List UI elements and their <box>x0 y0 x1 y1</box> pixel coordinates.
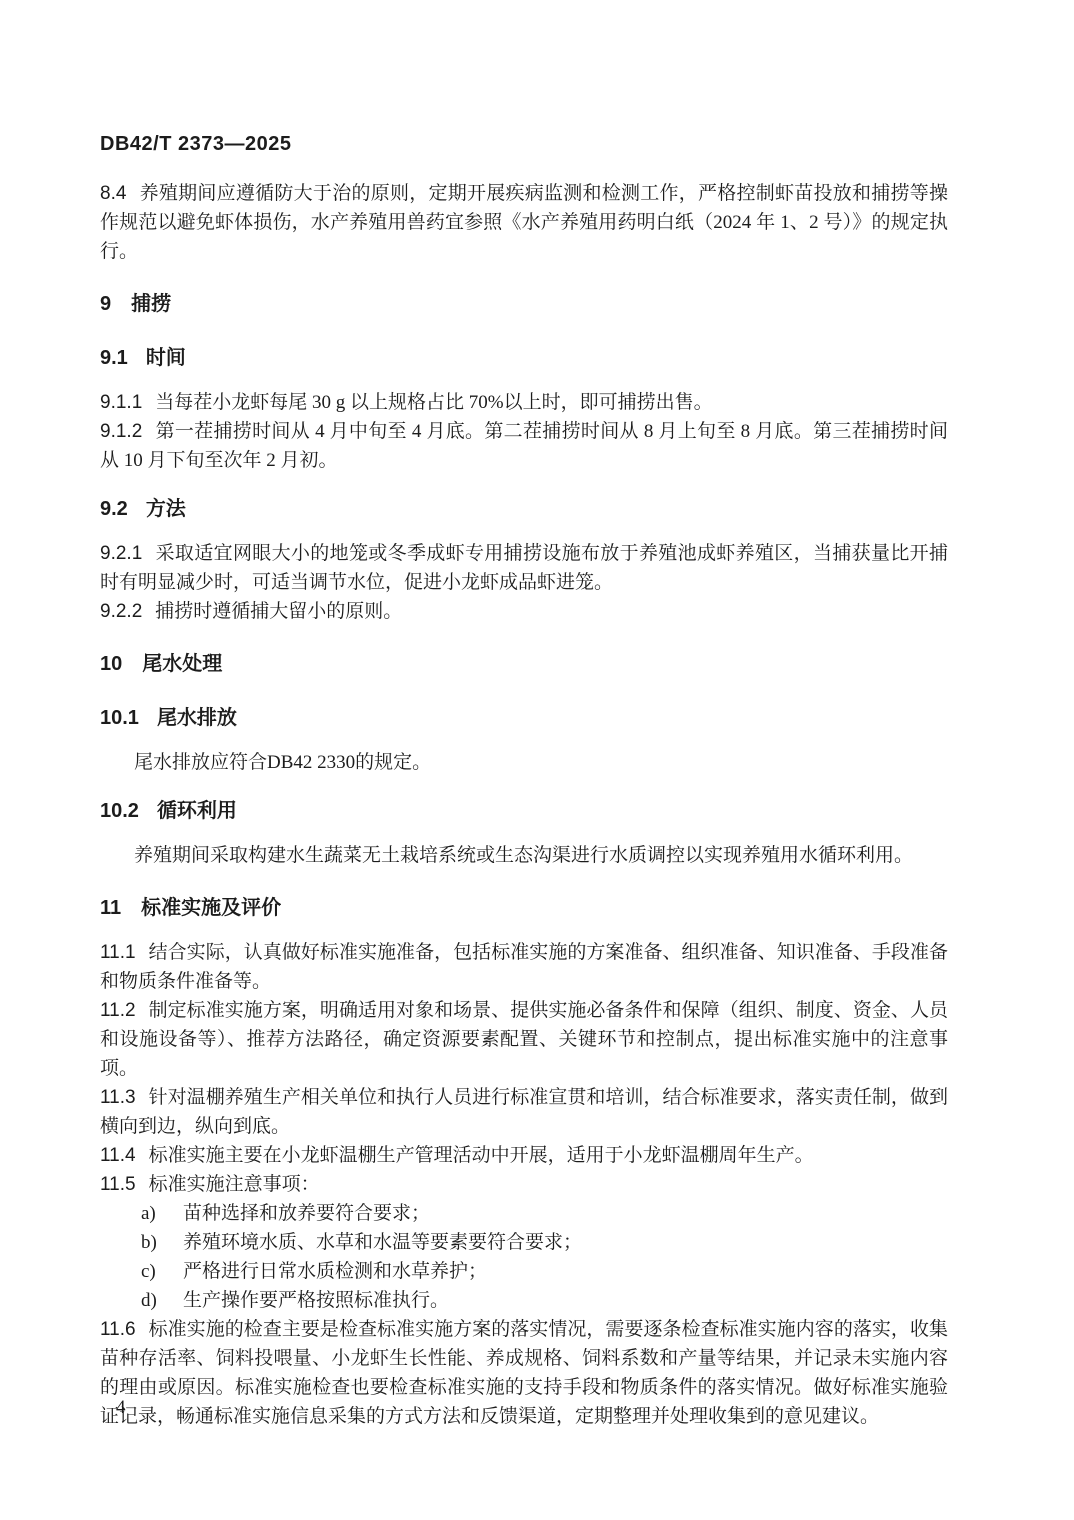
clause-text: 结合实际，认真做好标准实施准备，包括标准实施的方案准备、组织准备、知识准备、手段… <box>100 942 948 992</box>
heading-number: 10.1 <box>100 707 157 729</box>
body-para-10-1: 尾水排放应符合DB42 2330的规定。 <box>100 748 948 777</box>
heading-text: 标准实施及评价 <box>141 897 281 919</box>
list-marker: d) <box>141 1286 167 1315</box>
list-item-c: c)严格进行日常水质检测和水草养护； <box>100 1257 948 1286</box>
clause-para-8-4: 8.4养殖期间应遵循防大于治的原则，定期开展疾病监测和检测工作，严格控制虾苗投放… <box>100 179 948 266</box>
subclause-heading-9-1: 9.1时间 <box>100 346 948 370</box>
clause-number: 11.1 <box>100 942 149 963</box>
clause-text: 标准实施注意事项： <box>149 1174 320 1195</box>
body-para-10-2: 养殖期间采取构建水生蔬菜无土栽培系统或生态沟渠进行水质调控以实现养殖用水循环利用… <box>100 841 948 870</box>
chapter-heading-10: 10尾水处理 <box>100 652 948 676</box>
clause-number: 11.2 <box>100 1000 149 1021</box>
heading-text: 时间 <box>146 347 186 369</box>
clause-number: 8.4 <box>100 183 139 204</box>
heading-number: 11 <box>100 897 141 919</box>
clause-para-11-3: 11.3针对温棚养殖生产相关单位和执行人员进行标准宣贯和培训，结合标准要求，落实… <box>100 1083 948 1141</box>
heading-text: 尾水排放 <box>157 707 237 729</box>
chapter-heading-11: 11标准实施及评价 <box>100 896 948 920</box>
clause-para-11-5: 11.5标准实施注意事项： <box>100 1170 948 1199</box>
clause-text: 制定标准实施方案，明确适用对象和场景、提供实施必备条件和保障（组织、制度、资金、… <box>100 1000 948 1079</box>
heading-number: 9.2 <box>100 498 146 520</box>
page-number: 4 <box>116 1396 126 1420</box>
clause-para-11-4: 11.4标准实施主要在小龙虾温棚生产管理活动中开展，适用于小龙虾温棚周年生产。 <box>100 1141 948 1170</box>
clause-para-9-2-1: 9.2.1采取适宜网眼大小的地笼或冬季成虾专用捕捞设施布放于养殖池成虾养殖区，当… <box>100 539 948 597</box>
clause-text: 当每茬小龙虾每尾 30 g 以上规格占比 70%以上时，即可捕捞出售。 <box>155 392 712 413</box>
clause-number: 11.5 <box>100 1174 149 1195</box>
clause-number: 9.1.1 <box>100 392 155 413</box>
clause-number: 11.6 <box>100 1319 149 1340</box>
heading-number: 10 <box>100 653 142 675</box>
list-item-text: 生产操作要严格按照标准执行。 <box>183 1286 948 1315</box>
clause-para-9-1-2: 9.1.2第一茬捕捞时间从 4 月中旬至 4 月底。第二茬捕捞时间从 8 月上旬… <box>100 417 948 475</box>
clause-text: 养殖期间应遵循防大于治的原则，定期开展疾病监测和检测工作，严格控制虾苗投放和捕捞… <box>100 183 948 262</box>
clause-para-9-2-2: 9.2.2捕捞时遵循捕大留小的原则。 <box>100 597 948 626</box>
clause-text: 标准实施的检查主要是检查标准实施方案的落实情况，需要逐条检查标准实施内容的落实，… <box>100 1319 948 1427</box>
clause-text: 针对温棚养殖生产相关单位和执行人员进行标准宣贯和培训，结合标准要求，落实责任制，… <box>100 1087 948 1137</box>
list-marker: c) <box>141 1257 167 1286</box>
subclause-heading-10-1: 10.1尾水排放 <box>100 706 948 730</box>
heading-text: 尾水处理 <box>142 653 222 675</box>
clause-number: 11.4 <box>100 1145 149 1166</box>
heading-number: 10.2 <box>100 800 157 822</box>
heading-text: 捕捞 <box>131 293 171 315</box>
clause-para-11-6: 11.6标准实施的检查主要是检查标准实施方案的落实情况，需要逐条检查标准实施内容… <box>100 1315 948 1431</box>
document-page: DB42/T 2373—2025 8.4养殖期间应遵循防大于治的原则，定期开展疾… <box>0 0 1074 1520</box>
list-item-text: 苗种选择和放养要符合要求； <box>183 1199 948 1228</box>
list-item-text: 养殖环境水质、水草和水温等要素要符合要求； <box>183 1228 948 1257</box>
clause-number: 9.2.1 <box>100 543 155 564</box>
heading-number: 9.1 <box>100 347 146 369</box>
subclause-heading-9-2: 9.2方法 <box>100 497 948 521</box>
clause-number: 9.2.2 <box>100 601 155 622</box>
heading-text: 方法 <box>146 498 186 520</box>
chapter-heading-9: 9捕捞 <box>100 292 948 316</box>
heading-number: 9 <box>100 293 131 315</box>
clause-number: 11.3 <box>100 1087 149 1108</box>
list-marker: b) <box>141 1228 167 1257</box>
clause-number: 9.1.2 <box>100 421 155 442</box>
standard-number: DB42/T 2373—2025 <box>100 133 948 155</box>
list-item-d: d)生产操作要严格按照标准执行。 <box>100 1286 948 1315</box>
clause-text: 采取适宜网眼大小的地笼或冬季成虾专用捕捞设施布放于养殖池成虾养殖区，当捕获量比开… <box>100 543 948 593</box>
clause-text: 标准实施主要在小龙虾温棚生产管理活动中开展，适用于小龙虾温棚周年生产。 <box>149 1145 814 1166</box>
clause-para-11-1: 11.1结合实际，认真做好标准实施准备，包括标准实施的方案准备、组织准备、知识准… <box>100 938 948 996</box>
heading-text: 循环利用 <box>157 800 237 822</box>
list-item-b: b)养殖环境水质、水草和水温等要素要符合要求； <box>100 1228 948 1257</box>
clause-para-11-2: 11.2制定标准实施方案，明确适用对象和场景、提供实施必备条件和保障（组织、制度… <box>100 996 948 1083</box>
clause-para-9-1-1: 9.1.1当每茬小龙虾每尾 30 g 以上规格占比 70%以上时，即可捕捞出售。 <box>100 388 948 417</box>
list-item-text: 严格进行日常水质检测和水草养护； <box>183 1257 948 1286</box>
clause-text: 捕捞时遵循捕大留小的原则。 <box>155 601 402 622</box>
subclause-heading-10-2: 10.2循环利用 <box>100 799 948 823</box>
list-item-a: a)苗种选择和放养要符合要求； <box>100 1199 948 1228</box>
clause-text: 第一茬捕捞时间从 4 月中旬至 4 月底。第二茬捕捞时间从 8 月上旬至 8 月… <box>100 421 948 471</box>
list-marker: a) <box>141 1199 167 1228</box>
